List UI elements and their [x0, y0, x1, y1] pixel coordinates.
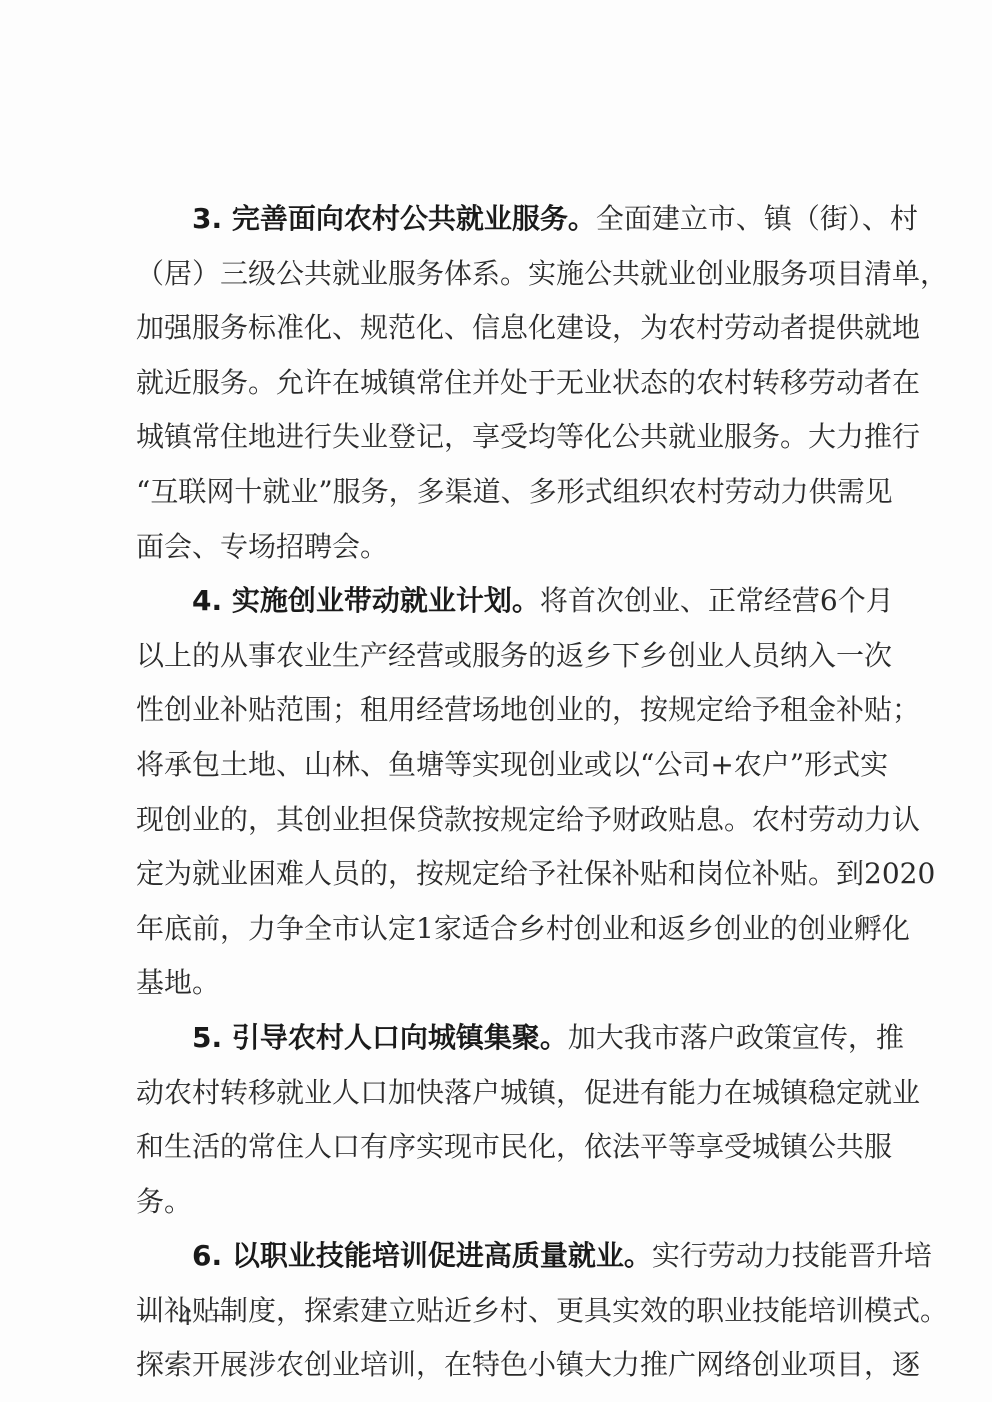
page-number: － 4 －	[134, 1296, 242, 1333]
text-line: 加强服务标准化、规范化、信息化建设，为农村劳动者提供就地	[136, 301, 868, 356]
paragraph-6-first-line: 6. 以职业技能培训促进高质量就业。实行劳动力技能晋升培	[136, 1229, 868, 1284]
text-line: 将承包土地、山林、鱼塘等实现创业或以“公司+农户”形式实	[136, 738, 868, 793]
text-line: 以上的从事农业生产经营或服务的返乡下乡创业人员纳入一次	[136, 629, 868, 684]
paragraph-6-heading: 6. 以职业技能培训促进高质量就业。	[192, 1239, 652, 1272]
paragraph-4-heading: 4. 实施创业带动就业计划。	[192, 584, 540, 617]
text-line: 就近服务。允许在城镇常住并处于无业状态的农村转移劳动者在	[136, 356, 868, 411]
text-line: 基地。	[136, 956, 868, 1011]
text-line: 实行劳动力技能晋升培	[652, 1239, 932, 1272]
text-line: 性创业补贴范围；租用经营场地创业的，按规定给予租金补贴；	[136, 683, 868, 738]
paragraph-5-first-line: 5. 引导农村人口向城镇集聚。加大我市落户政策宣传，推	[136, 1011, 868, 1066]
text-line: 定为就业困难人员的，按规定给予社保补贴和岗位补贴。到2020	[136, 847, 868, 902]
text-line: 和生活的常住人口有序实现市民化，依法平等享受城镇公共服	[136, 1120, 868, 1175]
text-line: 将首次创业、正常经营6个月	[540, 584, 894, 617]
text-line: （居）三级公共就业服务体系。实施公共就业创业服务项目清单，	[136, 247, 868, 302]
text-line: 现创业的，其创业担保贷款按规定给予财政贴息。农村劳动力认	[136, 793, 868, 848]
text-line: 务。	[136, 1175, 868, 1230]
text-line: “互联网十就业”服务，多渠道、多形式组织农村劳动力供需见	[136, 465, 868, 520]
text-line: 年底前，力争全市认定1家适合乡村创业和返乡创业的创业孵化	[136, 902, 868, 957]
paragraph-3-first-line: 3. 完善面向农村公共就业服务。全面建立市、镇（街）、村	[136, 192, 868, 247]
text-line: 全面建立市、镇（街）、村	[596, 202, 918, 235]
paragraph-3-heading: 3. 完善面向农村公共就业服务。	[192, 202, 596, 235]
paragraph-4-first-line: 4. 实施创业带动就业计划。将首次创业、正常经营6个月	[136, 574, 868, 629]
text-line: 训补贴制度，探索建立贴近乡村、更具实效的职业技能培训模式。	[136, 1284, 868, 1339]
text-line: 加大我市落户政策宣传，推	[568, 1021, 904, 1054]
paragraph-5-heading: 5. 引导农村人口向城镇集聚。	[192, 1021, 568, 1054]
text-line: 面会、专场招聘会。	[136, 520, 868, 575]
text-line: 动农村转移就业人口加快落户城镇，促进有能力在城镇稳定就业	[136, 1066, 868, 1121]
document-body: 3. 完善面向农村公共就业服务。全面建立市、镇（街）、村 （居）三级公共就业服务…	[136, 192, 868, 1393]
text-line: 探索开展涉农创业培训，在特色小镇大力推广网络创业项目，逐	[136, 1338, 868, 1393]
text-line: 城镇常住地进行失业登记，享受均等化公共就业服务。大力推行	[136, 410, 868, 465]
